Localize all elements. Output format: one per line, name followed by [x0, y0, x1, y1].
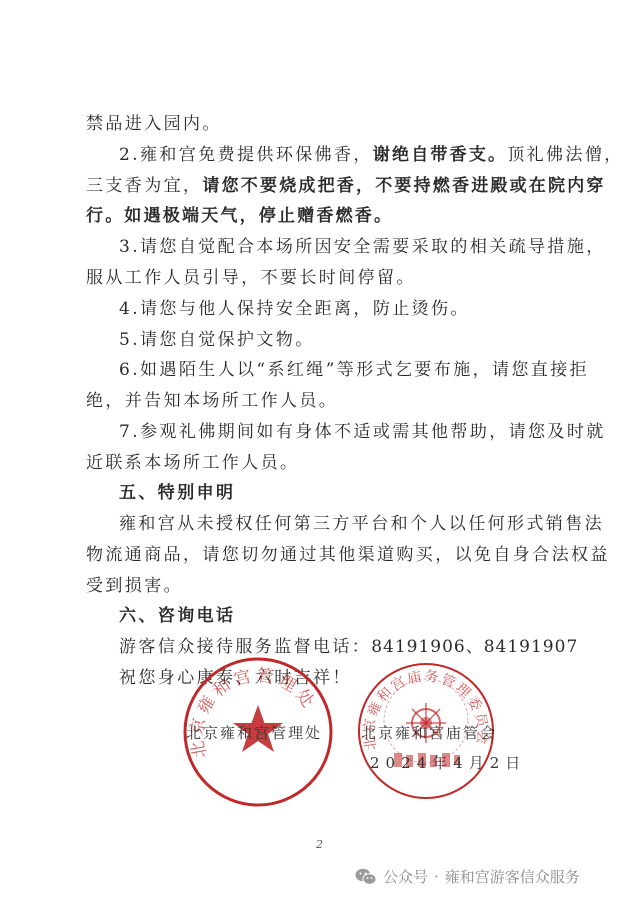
body-text: 服从工作人员引导，不要长时间停留。 [86, 268, 416, 288]
body-line: 受到损害。 [86, 575, 576, 597]
emphasized-text: 谢绝自带香支。 [373, 145, 507, 165]
page-number: 2 [316, 838, 323, 851]
section-heading-special-statement: 五、特别申明 [119, 482, 609, 504]
emphasized-text: 行。如遇极端天气，停止赠香燃香。 [86, 206, 393, 226]
body-line: 服从工作人员引导，不要长时间停留。 [86, 267, 576, 289]
body-text: 3.请您自觉配合本场所因安全需要采取的相关疏导措施， [119, 237, 606, 257]
body-line: 绝，并告知本场所工作人员。 [86, 390, 576, 412]
body-text: 禁品进入园内。 [86, 114, 222, 134]
footer-account-name: 雍和宫游客信众服务 [445, 866, 580, 887]
body-text: 顶礼佛法僧， [507, 145, 623, 165]
emphasized-text: 请您不要烧成把香，不要持燃香进殿或在院内穿 [202, 176, 605, 196]
signature-left: 北京雍和宫管理处 [186, 722, 322, 743]
document-page: 禁品进入园内。2.雍和宫免费提供环保佛香，谢绝自带香支。顶礼佛法僧，三支香为宜，… [0, 0, 640, 905]
body-text: 4.请您与他人保持安全距离，防止烫伤。 [119, 299, 470, 319]
body-line: 三支香为宜，请您不要烧成把香，不要持燃香进殿或在院内穿 [86, 175, 576, 197]
body-text: 2.雍和宫免费提供环保佛香， [119, 145, 373, 165]
document-date: 2024年4月2日 [370, 752, 526, 773]
body-line: 行。如遇极端天气，停止赠香燃香。 [86, 205, 576, 227]
body-line: 近联系本场所工作人员。 [86, 452, 576, 474]
body-line: 6.如遇陌生人以“系红绳”等形式乞要布施，请您直接拒 [119, 359, 609, 381]
body-line: 7.参观礼佛期间如有身体不适或需其他帮助，请您及时就 [119, 421, 609, 443]
body-line: 4.请您与他人保持安全距离，防止烫伤。 [119, 298, 609, 320]
body-text: 6.如遇陌生人以“系红绳”等形式乞要布施，请您直接拒 [119, 360, 589, 380]
body-text: 绝，并告知本场所工作人员。 [86, 391, 338, 411]
footer-separator: · [434, 868, 439, 886]
body-line: 5.请您自觉保护文物。 [119, 329, 609, 351]
phone-numbers: 84191906、84191907 [371, 637, 578, 657]
wechat-icon [355, 868, 377, 886]
body-line: 禁品进入园内。 [86, 113, 576, 135]
wechat-watermark: 公众号 · 雍和宫游客信众服务 [355, 866, 580, 887]
phone-label: 游客信众接待服务监督电话： [119, 637, 371, 657]
body-text: 5.请您自觉保护文物。 [119, 330, 315, 350]
section-heading-consult-phone: 六、咨询电话 [119, 605, 609, 627]
body-line: 物流通商品，请您切勿通过其他渠道购买，以免自身合法权益 [86, 544, 576, 566]
signature-right: 北京雍和宫庙管会 [361, 722, 497, 743]
body-line: 3.请您自觉配合本场所因安全需要采取的相关疏导措施， [119, 236, 609, 258]
body-text: 7.参观礼佛期间如有身体不适或需其他帮助，请您及时就 [119, 422, 606, 442]
body-line: 雍和宫从未授权任何第三方平台和个人以任何形式销售法 [119, 513, 609, 535]
footer-platform: 公众号 [383, 866, 428, 887]
body-text: 近联系本场所工作人员。 [86, 453, 299, 473]
body-line: 2.雍和宫免费提供环保佛香，谢绝自带香支。顶礼佛法僧， [119, 144, 609, 166]
body-text: 三支香为宜， [86, 176, 202, 196]
